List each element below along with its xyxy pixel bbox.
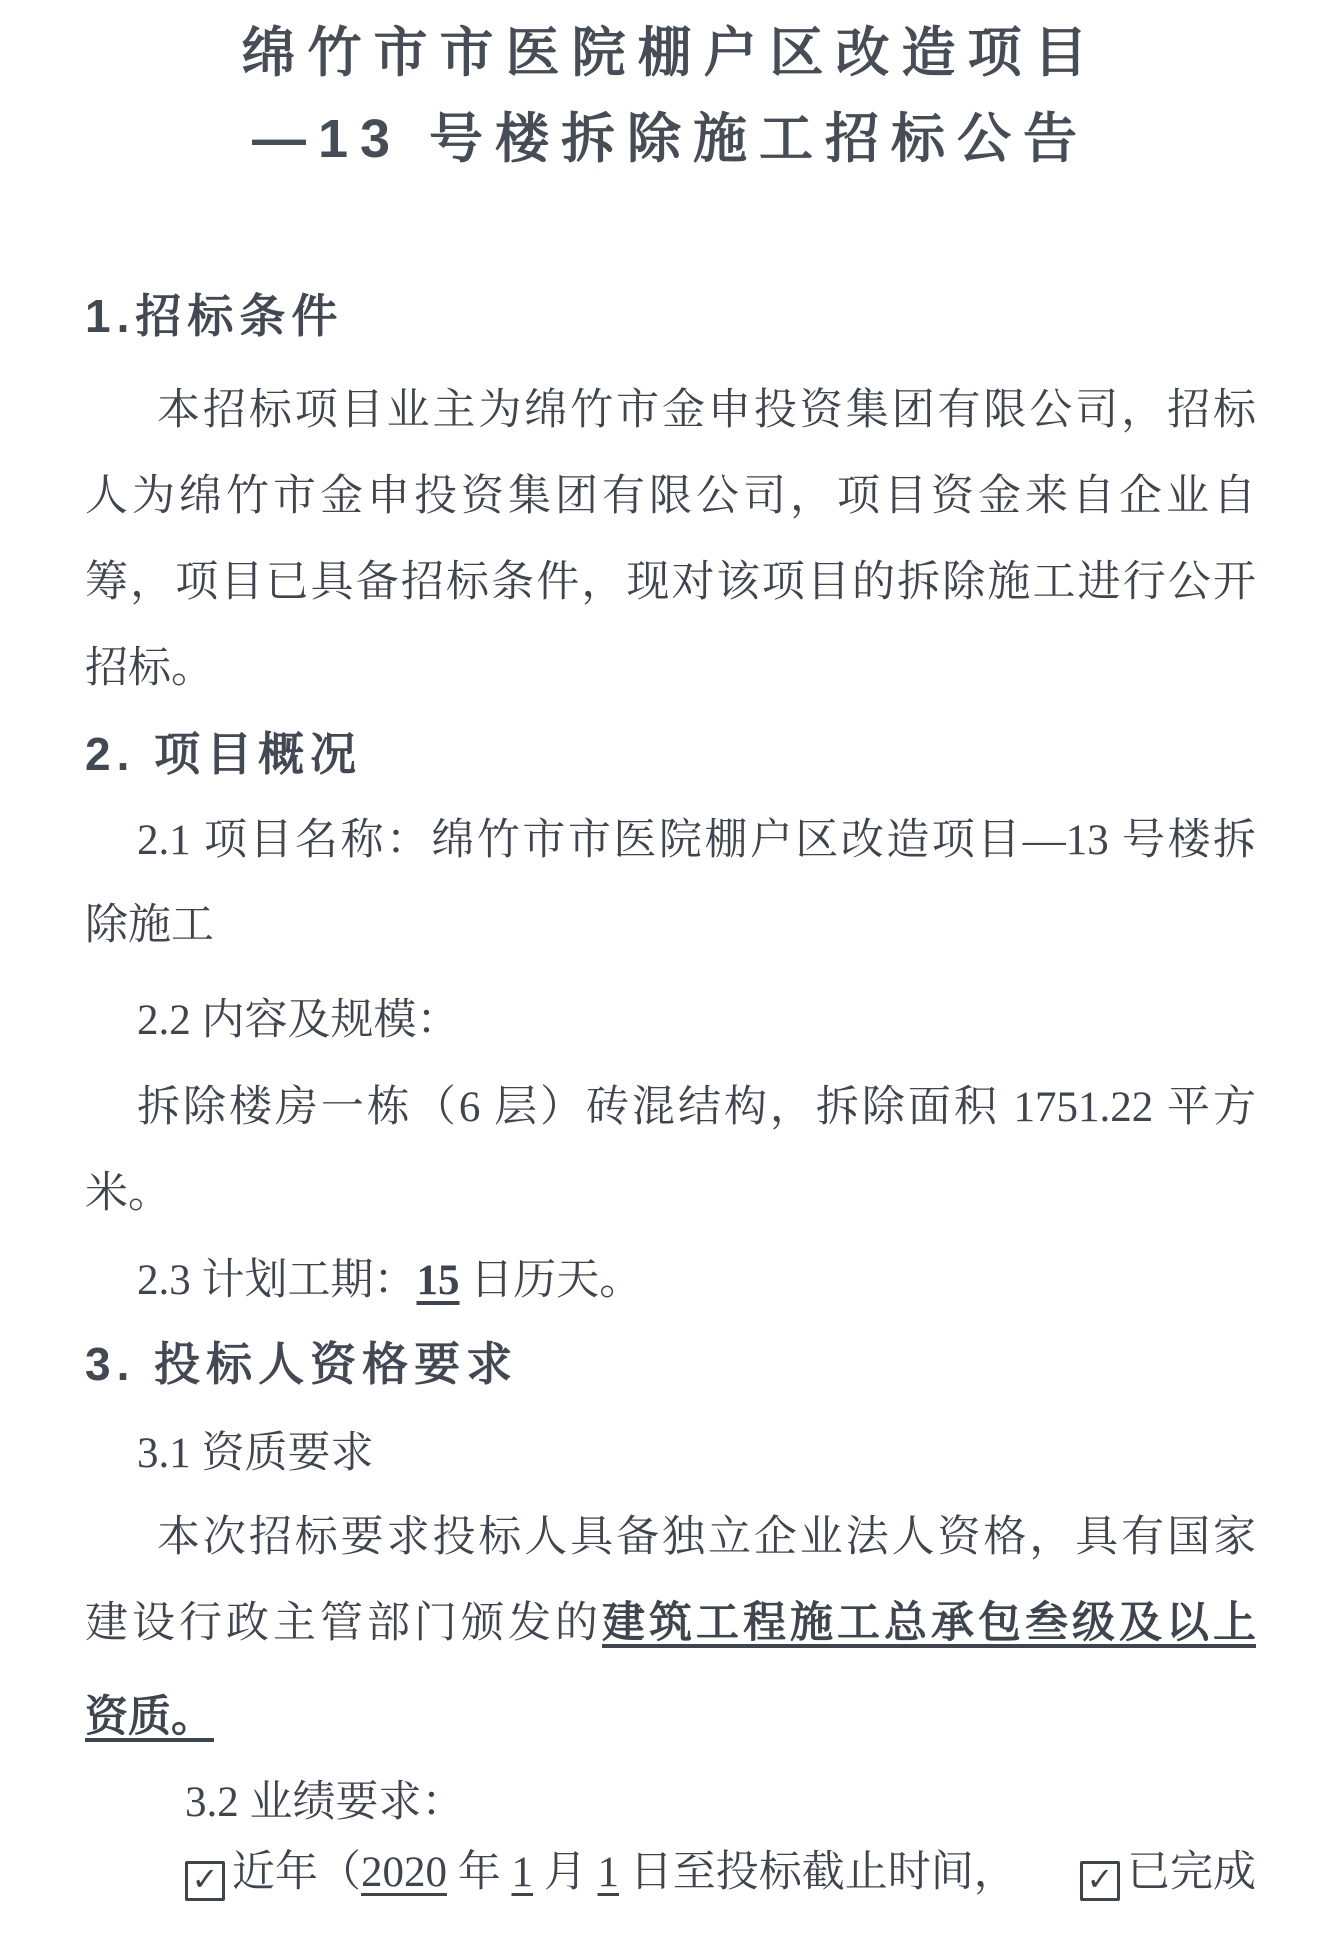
text-segment: 除施工	[85, 902, 214, 949]
text-segment: 2.2 内容及规模：	[137, 997, 460, 1044]
text-segment: 1	[598, 1849, 620, 1896]
text-segment: 2.3 计划工期：	[137, 1257, 417, 1304]
text-segment: 3.2 业绩要求：	[185, 1779, 465, 1826]
text-segment: 建设行政主管部门颁发的	[85, 1600, 602, 1647]
text-segment: 本招标项目业主为绵竹市金申投资集团有限公司，招标	[157, 387, 1256, 434]
para-3-line-1: 本次招标要求投标人具备独立企业法人资格，具有国家	[157, 1512, 1256, 1564]
item-3-1-heading: 3.1 资质要求	[137, 1428, 1256, 1480]
document-page: 绵竹市市医院棚户区改造项目 —13 号楼拆除施工招标公告 1.招标条件本招标项目…	[0, 0, 1341, 1934]
text-segment: 本次招标要求投标人具备独立企业法人资格，具有国家	[157, 1514, 1256, 1561]
text-segment: 近年（	[232, 1849, 361, 1896]
para-1-line-4: 招标。	[85, 643, 1256, 695]
checkbox-checked-icon: ✓	[185, 1861, 225, 1901]
text-segment: 人为绵竹市金申投资集团有限公司，项目资金来自企业自	[85, 473, 1256, 520]
text-segment: 2. 项目概况	[85, 728, 362, 780]
section-3-heading: 3. 投标人资格要求	[85, 1338, 1256, 1390]
para-1-line-1: 本招标项目业主为绵竹市金申投资集团有限公司，招标	[157, 385, 1256, 437]
text-segment: 3. 投标人资格要求	[85, 1338, 518, 1390]
item-3-2-requirements: ✓近年（2020 年 1 月 1 日至投标截止时间，✓已完成	[185, 1847, 1256, 1901]
text-segment: 建筑工程施工总承包叁级及以上	[602, 1600, 1256, 1647]
text-segment: 2020	[361, 1849, 447, 1896]
item-2-2-heading: 2.2 内容及规模：	[137, 995, 1256, 1047]
item-2-2-line-2: 米。	[85, 1168, 1256, 1220]
checkbox-checked-icon: ✓	[1080, 1861, 1120, 1901]
text-segment: 资质。	[85, 1694, 214, 1741]
item-2-1-line-2: 除施工	[85, 900, 1256, 952]
section-1-heading: 1.招标条件	[85, 290, 1256, 342]
text-segment: 招标。	[85, 645, 214, 692]
para-1-line-2: 人为绵竹市金申投资集团有限公司，项目资金来自企业自	[85, 471, 1256, 523]
document-title-line1: 绵竹市市医院棚户区改造项目	[0, 24, 1341, 82]
text-segment: 米。	[85, 1170, 171, 1217]
item-2-3-line: 2.3 计划工期：15 日历天。	[137, 1255, 1256, 1307]
item-2-1-line-1: 2.1 项目名称：绵竹市市医院棚户区改造项目—13 号楼拆	[137, 815, 1256, 867]
para-3-line-2: 建设行政主管部门颁发的建筑工程施工总承包叁级及以上	[85, 1598, 1256, 1650]
requirement-right: ✓已完成	[1080, 1847, 1256, 1901]
text-segment: 3.1 资质要求	[137, 1430, 374, 1477]
text-segment: 1.招标条件	[85, 290, 343, 342]
document-title-line2: —13 号楼拆除施工招标公告	[0, 110, 1341, 168]
item-3-2-heading: 3.2 业绩要求：	[185, 1777, 1256, 1829]
text-segment: 已完成	[1127, 1849, 1256, 1896]
item-2-2-line-1: 拆除楼房一栋（6 层）砖混结构，拆除面积 1751.22 平方	[137, 1082, 1256, 1134]
text-segment: 2.1 项目名称：绵竹市市医院棚户区改造项目—13 号楼拆	[137, 817, 1256, 864]
text-segment: 日至投标截止时间，	[619, 1849, 1017, 1896]
text-segment: 日历天。	[460, 1257, 643, 1304]
section-2-heading: 2. 项目概况	[85, 728, 1256, 780]
para-3-line-3: 资质。	[85, 1692, 1256, 1744]
text-segment: 拆除楼房一栋（6 层）砖混结构，拆除面积 1751.22 平方	[137, 1084, 1256, 1131]
para-1-line-3: 筹，项目已具备招标条件，现对该项目的拆除施工进行公开	[85, 557, 1256, 609]
text-segment: 1	[512, 1849, 534, 1896]
requirement-left: ✓近年（2020 年 1 月 1 日至投标截止时间，	[185, 1847, 1017, 1901]
text-segment: 筹，项目已具备招标条件，现对该项目的拆除施工进行公开	[85, 559, 1256, 606]
text-segment: 年	[447, 1849, 512, 1896]
text-segment: 15	[417, 1257, 460, 1304]
text-segment: 月	[533, 1849, 598, 1896]
